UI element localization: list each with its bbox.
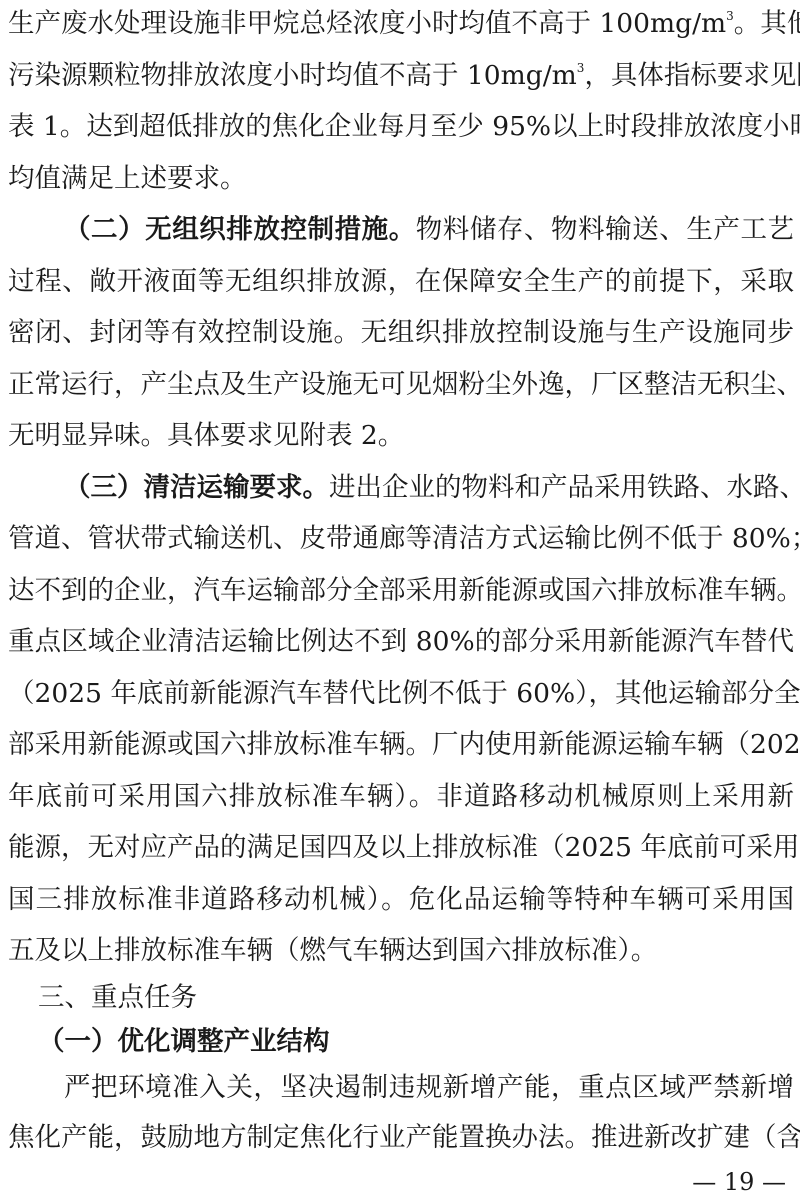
line-text: 物料储存、物料输送、生产工艺	[416, 214, 794, 245]
paragraph-line: 能源，无对应产品的满足国四及以上排放标准（2025 年底前可采用	[8, 828, 794, 868]
page-number: — 19 —	[692, 1167, 786, 1197]
line-text: 。其他	[734, 8, 800, 39]
paragraph-line: 过程、敞开液面等无组织排放源，在保障安全生产的前提下，采取	[8, 262, 794, 302]
section-heading-line: （二）无组织排放控制措施。物料储存、物料输送、生产工艺	[64, 210, 794, 250]
paragraph-line: 无明显异味。具体要求见附表 2。	[8, 416, 794, 456]
paragraph-line: 正常运行，产尘点及生产设施无可见烟粉尘外逸，厂区整洁无积尘、	[8, 365, 794, 405]
paragraph-line: （2025 年底前新能源汽车替代比例不低于 60%），其他运输部分全	[8, 674, 794, 714]
subsection-heading: （一）优化调整产业结构	[38, 1022, 330, 1062]
line-text: 进出企业的物料和产品采用铁路、水路、	[329, 472, 800, 503]
paragraph-line: 重点区域企业清洁运输比例达不到 80%的部分采用新能源汽车替代	[8, 622, 794, 662]
paragraph-line: 达不到的企业，汽车运输部分全部采用新能源或国六排放标准车辆。	[8, 571, 794, 611]
section-heading: （三）清洁运输要求。	[64, 472, 329, 503]
section-heading-line: （三）清洁运输要求。进出企业的物料和产品采用铁路、水路、	[64, 468, 794, 508]
paragraph-line: 严把环境准入关，坚决遏制违规新增产能，重点区域严禁新增	[64, 1068, 794, 1108]
paragraph-line: 密闭、封闭等有效控制设施。无组织排放控制设施与生产设施同步	[8, 313, 794, 353]
paragraph-line: 生产废水处理设施非甲烷总烃浓度小时均值不高于 100mg/m3。其他	[8, 4, 794, 44]
paragraph-line: 国三排放标准非道路移动机械）。危化品运输等特种车辆可采用国	[8, 880, 794, 920]
section-heading: （二）无组织排放控制措施。	[64, 214, 416, 245]
paragraph-line: 焦化产能，鼓励地方制定焦化行业产能置换办法。推进新改扩建（含	[8, 1118, 794, 1158]
chapter-heading: 三、重点任务	[38, 978, 197, 1018]
paragraph-line: 均值满足上述要求。	[8, 159, 794, 199]
line-text: 生产废水处理设施非甲烷总烃浓度小时均值不高于 100mg/m	[8, 8, 726, 39]
paragraph-line: 管道、管状带式输送机、皮带通廊等清洁方式运输比例不低于 80%；	[8, 519, 794, 559]
paragraph-line: 表 1。达到超低排放的焦化企业每月至少 95%以上时段排放浓度小时	[8, 107, 794, 147]
paragraph-line: 五及以上排放标准车辆（燃气车辆达到国六排放标准）。	[8, 931, 794, 971]
paragraph-line: 年底前可采用国六排放标准车辆）。非道路移动机械原则上采用新	[8, 777, 794, 817]
superscript: 3	[726, 9, 734, 23]
line-text: 污染源颗粒物排放浓度小时均值不高于 10mg/m	[8, 60, 577, 91]
paragraph-line: 污染源颗粒物排放浓度小时均值不高于 10mg/m3，具体指标要求见附	[8, 56, 794, 96]
line-text: ，具体指标要求见附	[584, 60, 800, 91]
paragraph-line: 部采用新能源或国六排放标准车辆。厂内使用新能源运输车辆（2025	[8, 725, 794, 765]
